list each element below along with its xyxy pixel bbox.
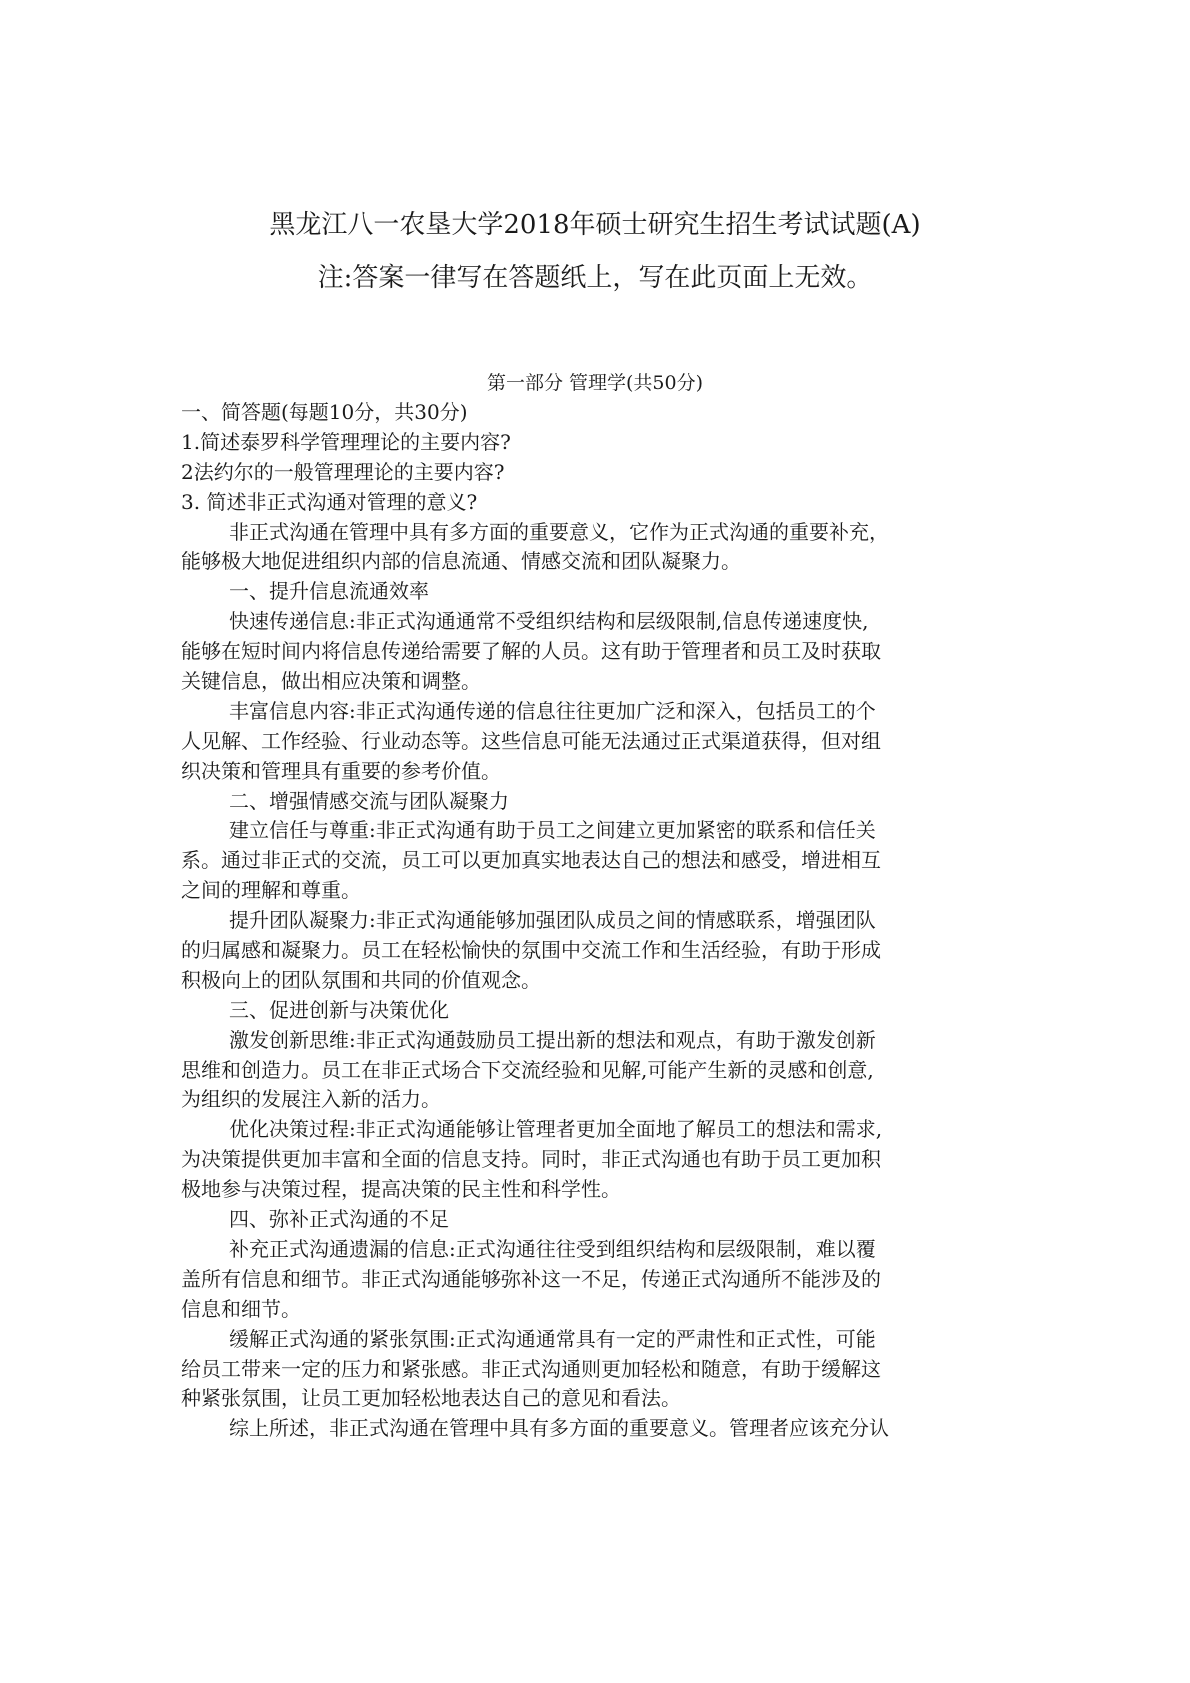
text-line: 思维和创造力。员工在非正式场合下交流经验和见解,可能产生新的灵感和创意, bbox=[181, 1056, 1011, 1086]
text-line: 极地参与决策过程，提高决策的民主性和科学性。 bbox=[181, 1175, 1011, 1205]
text-line: 系。通过非正式的交流，员工可以更加真实地表达自己的想法和感受，增进相互 bbox=[181, 846, 1011, 876]
text-line: 种紧张氛围，让员工更加轻松地表达自己的意见和看法。 bbox=[181, 1384, 1011, 1414]
text-line: 给员工带来一定的压力和紧张感。非正式沟通则更加轻松和随意，有助于缓解这 bbox=[181, 1355, 1011, 1385]
text-line: 激发创新思维:非正式沟通鼓励员工提出新的想法和观点，有助于激发创新 bbox=[181, 1026, 1011, 1056]
text-line: 织决策和管理具有重要的参考价值。 bbox=[181, 757, 1011, 787]
text-line: 的归属感和凝聚力。员工在轻松愉快的氛围中交流工作和生活经验，有助于形成 bbox=[181, 936, 1011, 966]
text-line: 一、提升信息流通效率 bbox=[181, 577, 1011, 607]
text-line: 2法约尔的一般管理理论的主要内容? bbox=[181, 458, 1011, 488]
text-line: 提升团队凝聚力:非正式沟通能够加强团队成员之间的情感联系，增强团队 bbox=[181, 906, 1011, 936]
exam-title: 黑龙江八一农垦大学2018年硕士研究生招生考试试题(A) bbox=[0, 205, 1190, 245]
text-line: 二、增强情感交流与团队凝聚力 bbox=[181, 787, 1011, 817]
text-line: 快速传递信息:非正式沟通通常不受组织结构和层级限制,信息传递速度快, bbox=[181, 607, 1011, 637]
text-line: 补充正式沟通遗漏的信息:正式沟通往往受到组织结构和层级限制，难以覆 bbox=[181, 1235, 1011, 1265]
text-line: 为决策提供更加丰富和全面的信息支持。同时，非正式沟通也有助于员工更加积 bbox=[181, 1145, 1011, 1175]
text-line: 三、促进创新与决策优化 bbox=[181, 996, 1011, 1026]
text-line: 能够在短时间内将信息传递给需要了解的人员。这有助于管理者和员工及时获取 bbox=[181, 637, 1011, 667]
text-line: 丰富信息内容:非正式沟通传递的信息往往更加广泛和深入，包括员工的个 bbox=[181, 697, 1011, 727]
text-line: 之间的理解和尊重。 bbox=[181, 876, 1011, 906]
part-heading: 第一部分 管理学(共50分) bbox=[0, 368, 1190, 398]
text-line: 能够极大地促进组织内部的信息流通、情感交流和团队凝聚力。 bbox=[181, 547, 1011, 577]
text-line: 1.简述泰罗科学管理理论的主要内容? bbox=[181, 428, 1011, 458]
text-line: 一、简答题(每题10分，共30分) bbox=[181, 398, 1011, 428]
text-line: 综上所述，非正式沟通在管理中具有多方面的重要意义。管理者应该充分认 bbox=[181, 1414, 1011, 1444]
text-line: 为组织的发展注入新的活力。 bbox=[181, 1085, 1011, 1115]
text-line: 人见解、工作经验、行业动态等。这些信息可能无法通过正式渠道获得，但对组 bbox=[181, 727, 1011, 757]
text-line: 3. 简述非正式沟通对管理的意义? bbox=[181, 488, 1011, 518]
exam-note: 注:答案一律写在答题纸上，写在此页面上无效。 bbox=[0, 258, 1190, 298]
text-line: 优化决策过程:非正式沟通能够让管理者更加全面地了解员工的想法和需求, bbox=[181, 1115, 1011, 1145]
document-body: 一、简答题(每题10分，共30分)1.简述泰罗科学管理理论的主要内容?2法约尔的… bbox=[181, 398, 1011, 1444]
text-line: 建立信任与尊重:非正式沟通有助于员工之间建立更加紧密的联系和信任关 bbox=[181, 816, 1011, 846]
text-line: 缓解正式沟通的紧张氛围:正式沟通通常具有一定的严肃性和正式性，可能 bbox=[181, 1325, 1011, 1355]
text-line: 积极向上的团队氛围和共同的价值观念。 bbox=[181, 966, 1011, 996]
text-line: 关键信息，做出相应决策和调整。 bbox=[181, 667, 1011, 697]
exam-page: 黑龙江八一农垦大学2018年硕士研究生招生考试试题(A) 注:答案一律写在答题纸… bbox=[0, 0, 1190, 1683]
text-line: 四、弥补正式沟通的不足 bbox=[181, 1205, 1011, 1235]
text-line: 非正式沟通在管理中具有多方面的重要意义，它作为正式沟通的重要补充， bbox=[181, 518, 1011, 548]
text-line: 信息和细节。 bbox=[181, 1295, 1011, 1325]
text-line: 盖所有信息和细节。非正式沟通能够弥补这一不足，传递正式沟通所不能涉及的 bbox=[181, 1265, 1011, 1295]
